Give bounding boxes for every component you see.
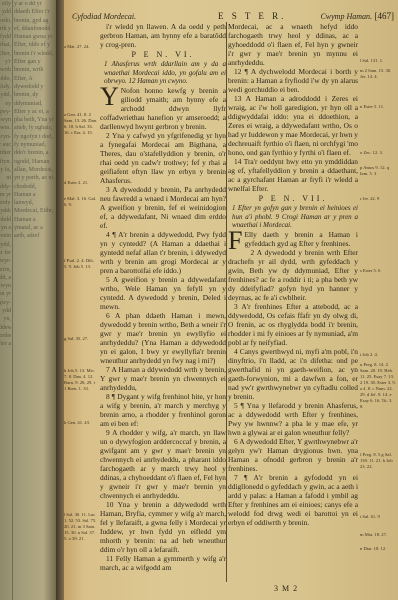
margin-reference: n Diar. 18. 12. <box>360 546 396 552</box>
margin-reference: p Amos 9. 12. q Iam. 5. 3 <box>360 165 396 177</box>
margin-reference: f Psal. 2. 4. Dih. 5. 9. Job 5. 13. <box>64 258 98 270</box>
verse-number: 14 <box>234 157 244 166</box>
verse: 5 ¶ Yna y llefarodd y brenin Ahasferus, … <box>228 401 358 437</box>
margin-reference: l Sal. 131. 1. <box>360 58 396 64</box>
verse: 6 A phan ddaeth Haman i mewn, dywedodd y… <box>100 311 226 365</box>
margin-reference: m Mat. 18. 27. <box>360 532 396 538</box>
verse: 4 Canys gwerthwyd ni, myfi a'm pobl, i'n… <box>228 347 358 401</box>
verse-text: Yna y brenin a ddywedodd wrth Haman, Bry… <box>100 500 226 554</box>
verse-text: ¶ A dychwelodd Mordecai i borth y brenin… <box>228 67 358 94</box>
verse-text: ¶ Dygant y wifg frenhinol hite, yr hon a… <box>100 392 226 428</box>
verse-number: 5 <box>234 401 241 410</box>
verse-number: 11 <box>106 554 116 563</box>
verse: 2 Yna y cafwyd yn yfgrifenedig yr hyn a … <box>100 131 226 185</box>
chapter-heading: P E N. VI. <box>100 50 226 59</box>
verse-number: 10 <box>106 500 118 509</box>
previous-page-text-right: y ar o dd yr ddaeth Efter i'r brenin, gy… <box>14 0 54 600</box>
margin-reference: d Ester 2. 21. <box>64 180 98 186</box>
verse: 13 A Haman a adroddodd i Zeres ei wraig,… <box>228 94 358 157</box>
margin-reference: r Jer. 22. 9 <box>360 196 396 202</box>
verse-text: A'r frenhines Efter a attebodd, ac a ddy… <box>228 302 358 347</box>
drop-cap: F <box>228 231 242 251</box>
verse: 5 A gweifion y brenin a ddywedafant wrth… <box>100 275 226 311</box>
margin-reference: t Job 2. 4. <box>360 352 396 358</box>
right-column: Mordecai, ac a wnaeth hefyd iddo farchog… <box>228 22 358 527</box>
margin-reference: k Gen. 41. 43. <box>64 420 98 426</box>
verse: 11 Felly Haman a gymmerth y wifg a'r mar… <box>100 554 226 572</box>
chapter-summary: 1 Efter yn gofyn gan y brenin ei heinioe… <box>228 204 358 230</box>
margin-reference: u Preg. 8. 14. 2 Sam. 20. 19. Heb. 11. 2… <box>360 362 396 410</box>
right-verses-ch7: FElly daeth y brenin a Haman i gyfeddach… <box>228 230 358 527</box>
bible-page: Cyfodiad Mordecai. E S T E R. Cwymp Hama… <box>64 0 398 600</box>
verse-number: 13 <box>234 94 246 103</box>
verse: 12 ¶ A dychwelodd Mordecai i borth y bre… <box>228 67 358 94</box>
running-header: Cyfodiad Mordecai. E S T E R. Cwymp Hama… <box>68 10 394 22</box>
verse-number: 5 <box>106 275 113 284</box>
page-number: [467] <box>375 11 395 21</box>
column-divider <box>226 22 227 582</box>
header-left-title: Cyfodiad Mordecai. <box>72 12 136 21</box>
drop-cap: Y <box>100 87 119 107</box>
margin-reference: o Zec. 12. 3. <box>360 150 396 156</box>
verse: 2 A dywedodd y brenin wrth Efter drachef… <box>228 248 358 302</box>
chapter-summary: 1 Ahasferus wrth ddarllain am y da a wna… <box>100 60 226 86</box>
verse-number: 6 <box>106 311 115 320</box>
verse: 3 A dywedodd y brenin, Pa anrhydedd neu … <box>100 185 226 230</box>
verse: FElly daeth y brenin a Haman i gyfeddach… <box>228 230 358 248</box>
verse: 6 A dywedodd Efter, Y gwrthwynebwr a'r g… <box>228 437 358 473</box>
verse-text: Felly Haman a gymmerth y wifg a'r march,… <box>100 554 226 572</box>
verse-text: A Haman a adroddodd i Zeres ei wraig, ac… <box>228 94 358 157</box>
verse-text: Canys gwerthwyd ni, myfi a'm pobl, i'n d… <box>228 347 358 401</box>
margin-reference: a Mat. 27. 24. <box>64 44 98 50</box>
verse: 8 ¶ Dygant y wifg frenhinol hite, yr hon… <box>100 392 226 428</box>
verse-number: 7 <box>234 473 244 482</box>
margin-reference: f Preg. 8. 5 g Sal. 139. 11. 21. h Job 2… <box>360 452 396 470</box>
verse-text: ¶ A'r brenin a gyfododd yn ei ddiglloned… <box>228 473 358 527</box>
verse-text: A rhodder y wifg, a'r march, yn llaw un … <box>100 428 226 500</box>
verse-text: A phan ddaeth Haman i mewn, dywedodd y b… <box>100 311 226 365</box>
previous-page-text-left: elly ydd ywedo, wrth y fydd rhai, Efter,… <box>0 0 11 600</box>
verse: 9 A rhodder y wifg, a'r march, yn llaw u… <box>100 428 226 500</box>
verse-text: Elly daeth y brenin a Haman i gyfeddach … <box>244 230 358 248</box>
verse: YNofon honno kewfg y brenin a giliodd ym… <box>100 86 226 131</box>
verse-text: A dywedodd y brenin wrth Efter drachefn … <box>228 248 358 302</box>
verse-text: ¶ Yna y llefarodd y brenin Ahasferus, ac… <box>228 401 358 437</box>
margin-reference: s Ester 5. 6 <box>360 268 396 274</box>
left-column: i'r wledd yn llawen. A da oedd y peth ge… <box>100 22 226 572</box>
verse: 7 ¶ A'r brenin a gyfododd yn ei ddigllon… <box>228 473 358 527</box>
verse-text: A gweifion y brenin a ddywedafant wrtho,… <box>100 275 226 311</box>
verse-text: ¶ A'r brenin a ddywedodd, Pwy fydd yn y … <box>100 230 226 275</box>
verse: 3 A'r frenhines Efter a attebodd, ac a d… <box>228 302 358 347</box>
margin-reference: i Sal. 61. 9 <box>360 514 396 520</box>
header-right-title: Cwymp Haman. <box>320 12 372 21</box>
previous-page-edge: elly ydd ywedo, wrth y fydd rhai, Efter,… <box>0 0 62 600</box>
margin-reference: h Job 5. 13. Mic. 7. 8. Dan. 4. 12. Barn… <box>64 368 98 392</box>
margin-reference: a Gen. 41. 8. 2 Sam. 13. 26. Dan. 6. 18.… <box>64 112 98 136</box>
verse-text: A dywedodd y brenin, Pa anrhydedd neu fa… <box>100 185 226 230</box>
header-book-name: E S T E R. <box>218 11 286 21</box>
verse-text: Yna y cafwyd yn yfgrifenedig yr hyn a fy… <box>100 131 226 185</box>
right-verses-ch6: 12 ¶ A dychwelodd Mordecai i borth y bre… <box>228 67 358 193</box>
verse: 7 A Haman a ddywedodd wrth y brenin, Y g… <box>100 365 226 392</box>
verse-text: A dywedodd Efter, Y gwrthwynebwr a'r gel… <box>228 437 358 473</box>
margin-reference: m 2 Sam. 15. 30. Jer. 14. 4. <box>360 68 396 80</box>
column-rule <box>12 0 13 600</box>
verse-text: Tra'r oeddynt hwy etto yn ymddiddan ag e… <box>228 157 358 193</box>
verse-continuation: Mordecai, ac a wnaeth hefyd iddo farchog… <box>228 22 358 67</box>
margin-reference: l Sal. 30. 11. Luc 1. 52. 53. Sal. 75. 2… <box>64 512 98 542</box>
verse: 10 Yna y brenin a ddywedodd wrth Haman, … <box>100 500 226 554</box>
chapter-heading: P E N. VII. <box>228 194 358 203</box>
verse: 4 ¶ A'r brenin a ddywedodd, Pwy fydd yn … <box>100 230 226 275</box>
verse-number: 12 <box>234 67 245 76</box>
margin-reference: g Sal. 35. 27. <box>64 336 98 342</box>
printer-signature: 3 M 2 <box>274 584 298 593</box>
margin-reference: e Mal. 3. 16. Gal. 6. 9. <box>64 196 98 208</box>
verse-continuation: i'r wledd yn llawen. A da oedd y peth ge… <box>100 22 226 49</box>
left-verses: YNofon honno kewfg y brenin a giliodd ym… <box>100 86 226 572</box>
verse: 14 Tra'r oeddynt hwy etto yn ymddiddan a… <box>228 157 358 193</box>
margin-reference: n Ester 5. 11. <box>360 104 396 110</box>
verse-text: A Haman a ddywedodd wrth y brenin, Y gwr… <box>100 365 226 392</box>
